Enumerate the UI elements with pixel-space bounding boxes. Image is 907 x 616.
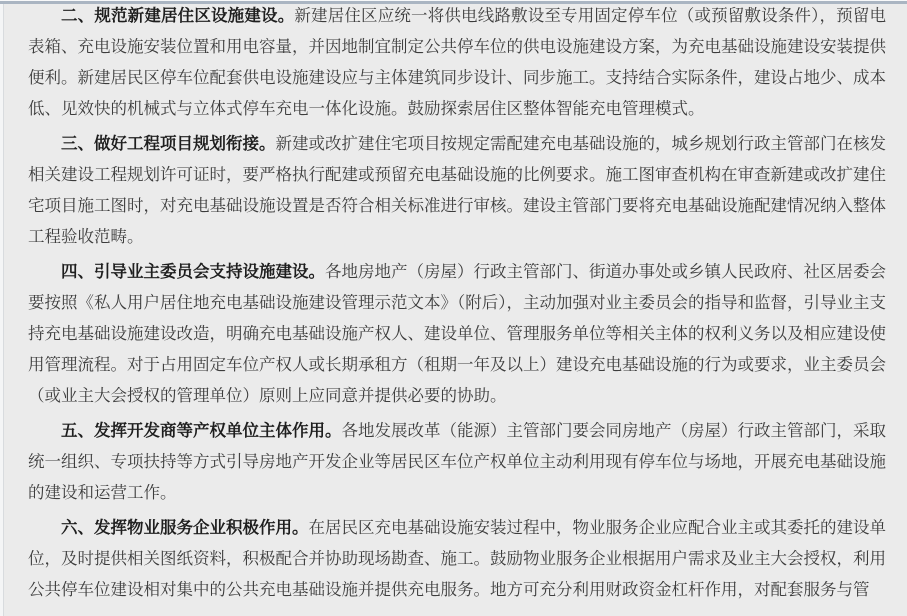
- paragraph-section-4: 四、引导业主委员会支持设施建设。各地房地产（房屋）行政主管部门、街道办事处或乡镇…: [28, 256, 886, 411]
- paragraph-section-5: 五、发挥开发商等产权单位主体作用。各地发展改革（能源）主管部门要会同房地产（房屋…: [28, 415, 886, 508]
- document-content: 二、规范新建居住区设施建设。新建居住区应统一将供电线路敷设至专用固定停车位（或预…: [28, 0, 886, 609]
- paragraph-section-2: 二、规范新建居住区设施建设。新建居住区应统一将供电线路敷设至专用固定停车位（或预…: [28, 0, 886, 124]
- document-page: 二、规范新建居住区设施建设。新建居住区应统一将供电线路敷设至专用固定停车位（或预…: [0, 0, 907, 616]
- left-edge-line: [0, 4, 4, 616]
- section-3-heading: 三、做好工程项目规划衔接。: [61, 134, 276, 153]
- paragraph-section-6: 六、发挥物业服务企业积极作用。在居民区充电基础设施安装过程中，物业服务企业应配合…: [28, 512, 886, 605]
- section-5-heading: 五、发挥开发商等产权单位主体作用。: [61, 421, 342, 440]
- section-6-heading: 六、发挥物业服务企业积极作用。: [61, 518, 309, 537]
- paragraph-section-3: 三、做好工程项目规划衔接。新建或改扩建住宅项目按规定需配建充电基础设施的，城乡规…: [28, 128, 886, 252]
- section-2-heading: 二、规范新建居住区设施建设。: [61, 6, 294, 25]
- section-4-text: 各地房地产（房屋）行政主管部门、街道办事处或乡镇人民政府、社区居委会要按照《私人…: [28, 262, 886, 405]
- section-4-heading: 四、引导业主委员会支持设施建设。: [61, 262, 325, 281]
